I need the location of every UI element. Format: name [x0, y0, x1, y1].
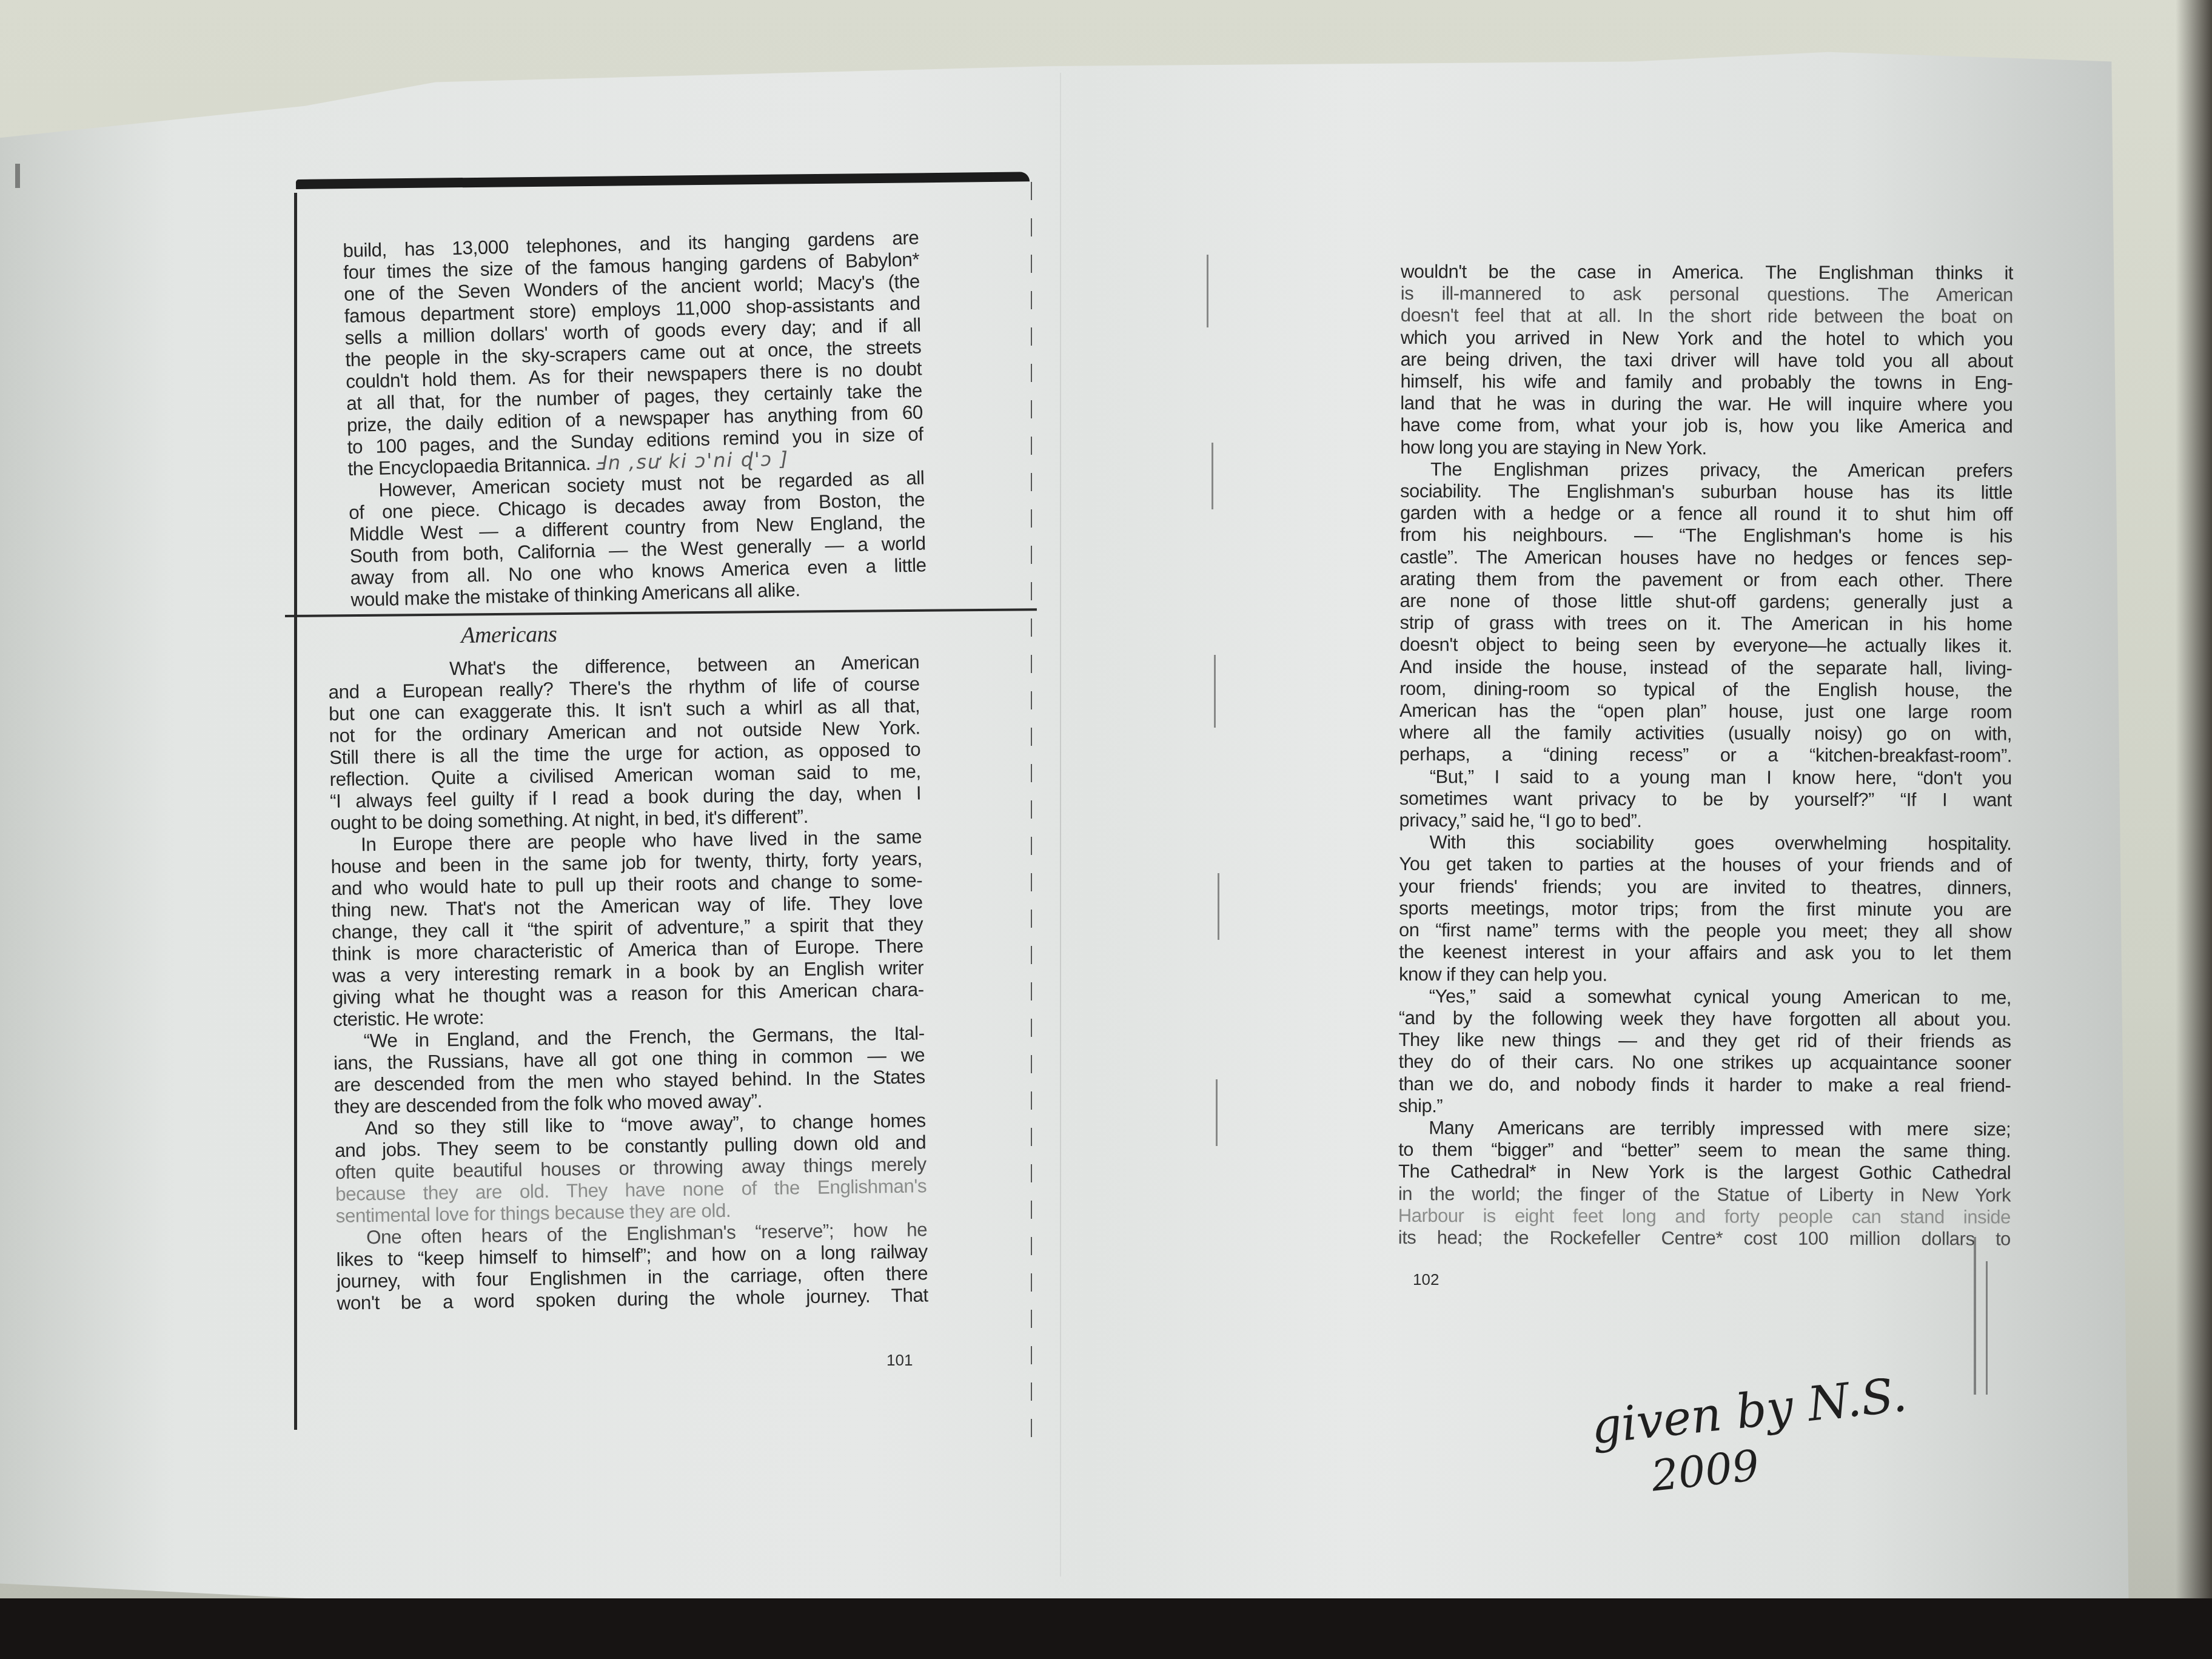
- text-line: sometimes want privacy to be by yourself…: [1399, 788, 2012, 811]
- copy-artifact: [1212, 443, 1213, 509]
- text-line: the keenest interest in your affairs and…: [1399, 941, 2011, 965]
- copy-artifact: [1207, 255, 1208, 327]
- copy-artifact: [1214, 655, 1216, 728]
- text-line: than we do, and nobody finds it harder t…: [1398, 1073, 2011, 1097]
- text-line: they do of their cars. No one strikes up…: [1398, 1051, 2011, 1074]
- copy-artifact: [1986, 1261, 1988, 1395]
- text-line: are being driven, the taxi driver will h…: [1401, 349, 2013, 372]
- clipping-frame-right: [1031, 182, 1032, 1455]
- text-line: where all the family activities (usually…: [1399, 722, 2012, 745]
- text-line: The Cathedral* in New York is the larges…: [1398, 1161, 2011, 1184]
- text-line: ship.”: [1398, 1095, 2011, 1119]
- americans-section: Americans What's the difference, between…: [327, 613, 928, 1314]
- text-line: strip of grass with trees on it. The Ame…: [1399, 612, 2012, 635]
- text-line: doesn't feel that at all. In the short r…: [1401, 304, 2013, 328]
- left-page-continued-text: build, has 13,000 telephones, and its ha…: [343, 226, 927, 610]
- clipping-frame-left: [294, 193, 297, 1430]
- text-line: your friends' friends; you are invited t…: [1399, 876, 2011, 899]
- text-line: They like new things — and they get rid …: [1399, 1029, 2011, 1053]
- text-line: is ill-mannered to ask personal question…: [1401, 283, 2013, 306]
- text-line: are none of those little shut-off garden…: [1399, 590, 2012, 614]
- text-line: privacy,” said he, “I go to bed”.: [1399, 809, 2012, 833]
- text-line: Harbour is eight feet long and forty peo…: [1398, 1205, 2011, 1228]
- copy-artifact: [1216, 1079, 1218, 1146]
- text-line: garden with a hedge or a fence all round…: [1400, 502, 2013, 526]
- text-line: With this sociability goes overwhelming …: [1399, 831, 2011, 855]
- text-line: “Yes,” said a somewhat cynical young Ame…: [1399, 985, 2011, 1009]
- text-line: land that he was in during the war. He w…: [1400, 392, 2013, 416]
- text-line: sociability. The Englishman's suburban h…: [1400, 480, 2013, 504]
- text-line: “and by the following week they have for…: [1399, 1007, 2011, 1031]
- right-page-text: wouldn't be the case in America. The Eng…: [1398, 261, 2013, 1250]
- text-line: perhaps, a “dining recess” or a “kitchen…: [1399, 743, 2012, 767]
- text-line: castle”. The American houses have no hed…: [1400, 546, 2013, 570]
- page-fold: [1060, 73, 1061, 1577]
- text-line: sports meetings, motor trips; from the f…: [1399, 897, 2011, 921]
- text-line: arating them from the pavement or from e…: [1400, 568, 2013, 592]
- edge-shadow: [2176, 0, 2212, 1659]
- text-line: Many Americans are terribly impressed wi…: [1398, 1117, 2011, 1141]
- text-line: have come from, what your job is, how yo…: [1400, 414, 2013, 438]
- text-line: “But,” I said to a young man I know here…: [1399, 766, 2012, 789]
- text-line: on “first name” terms with the people yo…: [1399, 919, 2011, 943]
- text-line: doesn't object to being seen by everyone…: [1399, 634, 2012, 657]
- copy-artifact: [1218, 873, 1219, 940]
- table-surface: [0, 1598, 2212, 1659]
- text-line: to them “bigger” and “better” seem to me…: [1398, 1139, 2011, 1162]
- copy-artifact: [1974, 1237, 1976, 1395]
- text-line: which you arrived in New York and the ho…: [1401, 327, 2013, 350]
- copy-artifact: [15, 164, 20, 188]
- text-line: from his neighbours. — “The Englishman's…: [1400, 524, 2013, 548]
- text-line: wouldn't be the case in America. The Eng…: [1401, 261, 2013, 284]
- text-line: know if they can help you.: [1399, 963, 2011, 987]
- text-line: You get taken to parties at the houses o…: [1399, 853, 2011, 877]
- page-number-right: 102: [1413, 1270, 1439, 1289]
- page-number-left: 101: [886, 1351, 913, 1370]
- text-line: American has the “open plan” house, just…: [1399, 700, 2012, 723]
- text-line: And inside the house, instead of the sep…: [1399, 656, 2012, 680]
- text-line: The Englishman prizes privacy, the Ameri…: [1400, 458, 2013, 482]
- text-line: its head; the Rockefeller Centre* cost 1…: [1398, 1227, 2011, 1250]
- text-line: how long you are staying in New York.: [1400, 437, 2013, 460]
- text-line: himself, his wife and family and probabl…: [1400, 370, 2013, 394]
- text-line: in the world; the finger of the Statue o…: [1398, 1183, 2011, 1207]
- text-line: room, dining-room so typical of the Engl…: [1399, 678, 2012, 702]
